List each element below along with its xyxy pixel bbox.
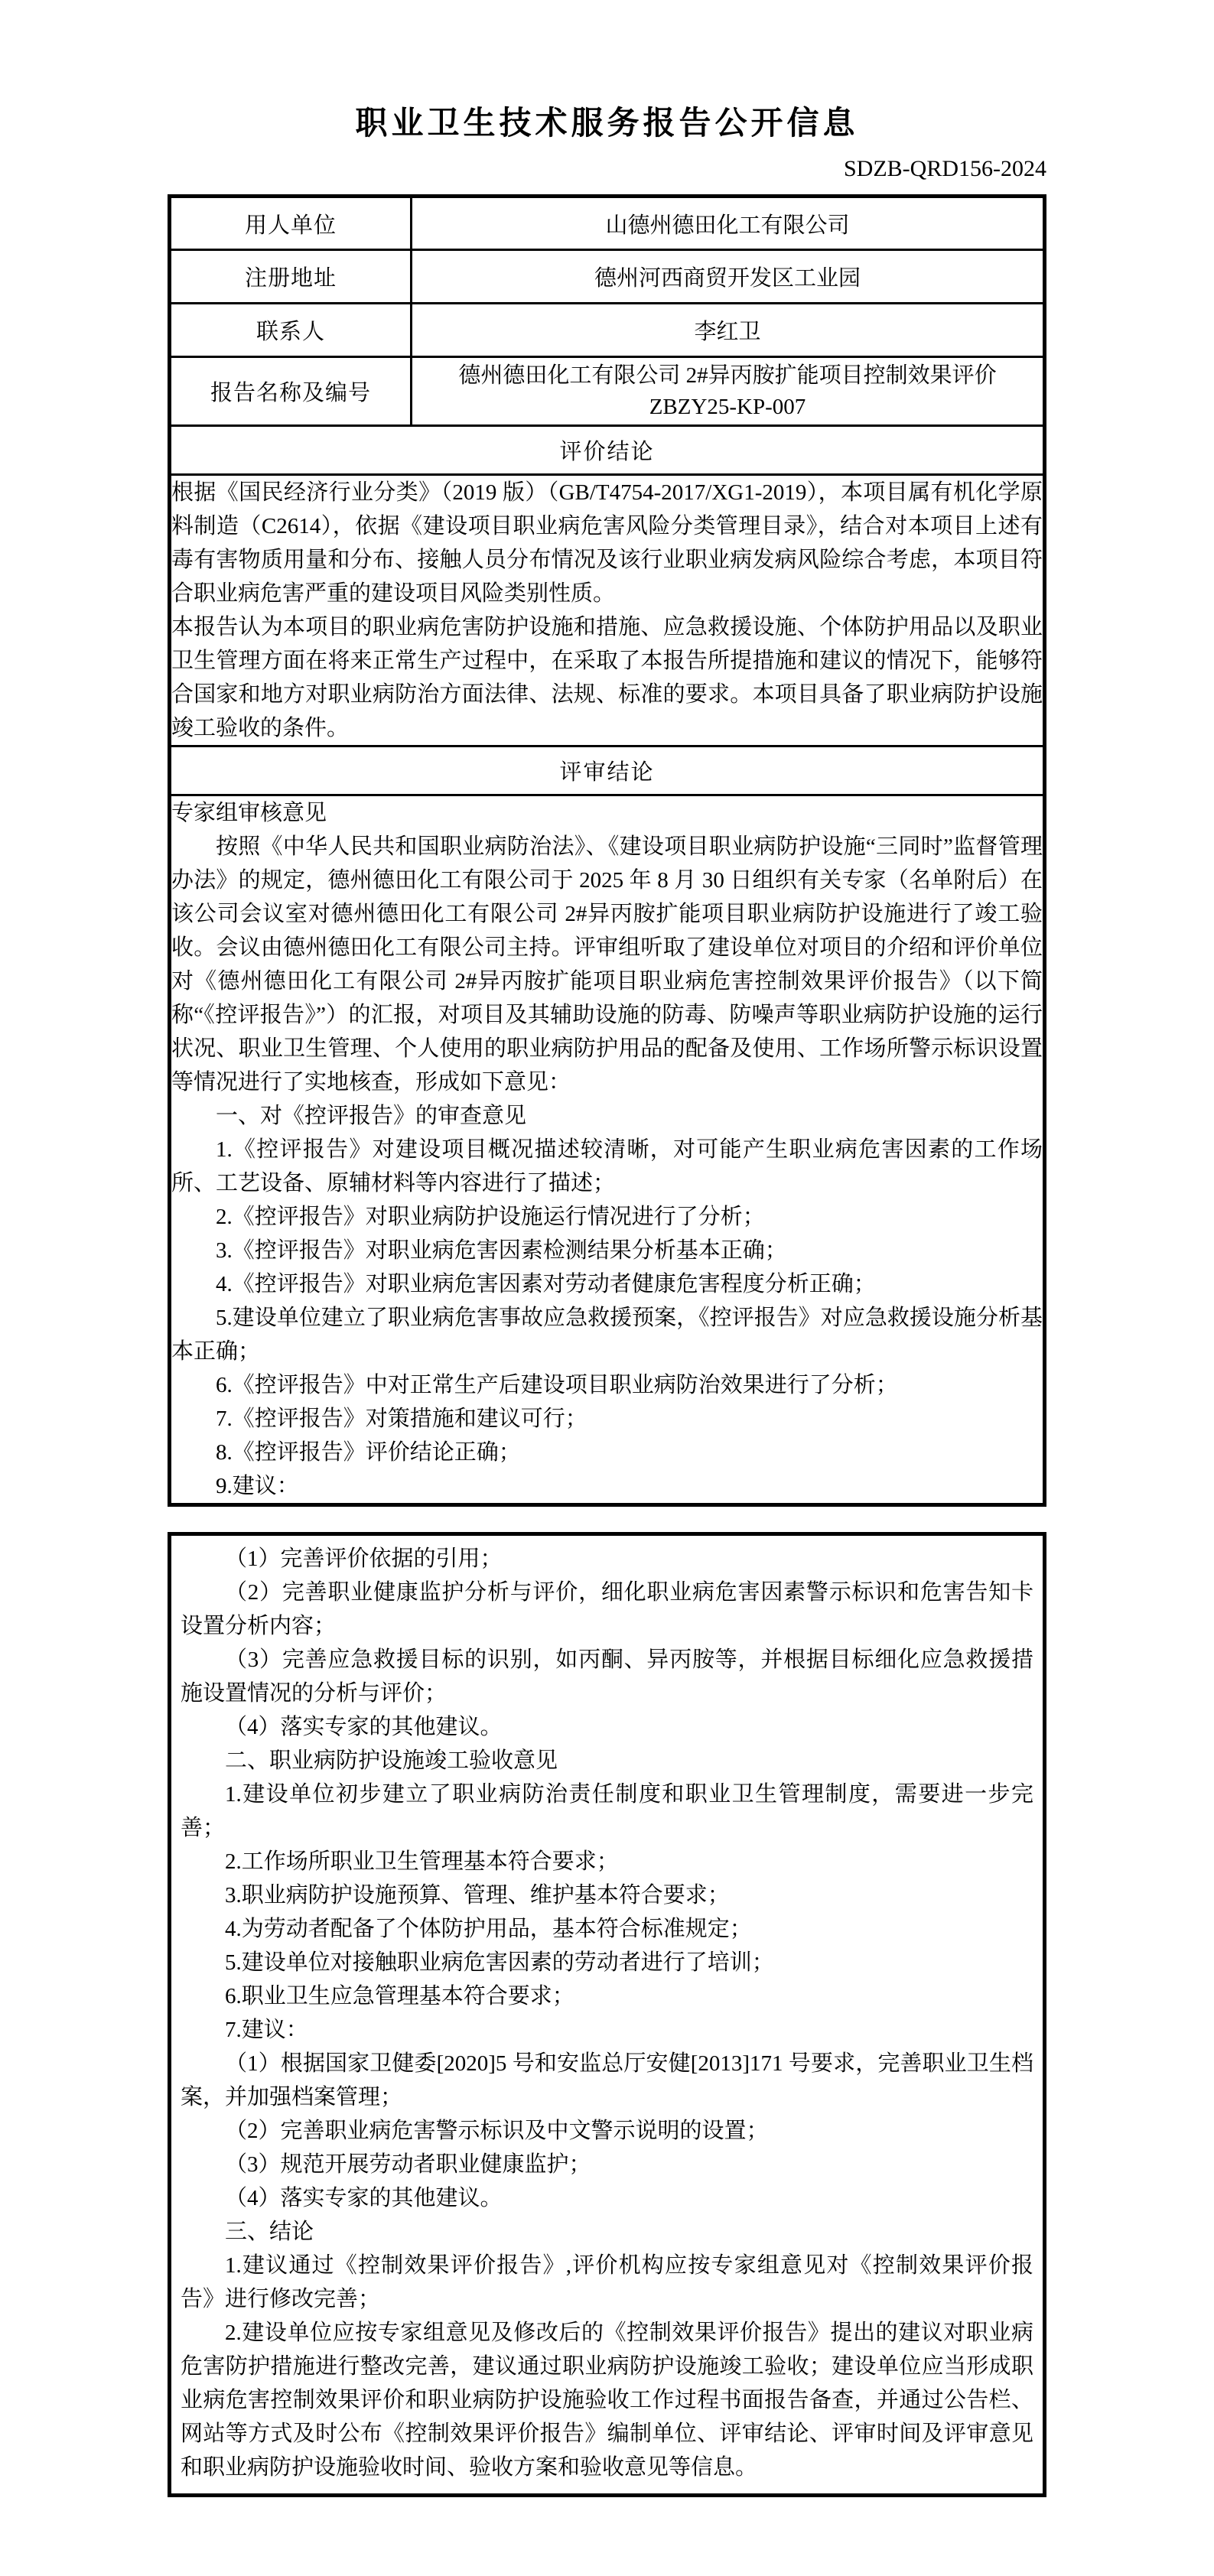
row-label-report-name: 报告名称及编号 bbox=[170, 357, 412, 426]
report-number-line: ZBZY25-KP-007 bbox=[412, 392, 1043, 423]
paragraph: 1.《控评报告》对建设项目概况描述较清晰，对可能产生职业病危害因素的工作场所、工… bbox=[171, 1133, 1043, 1200]
paragraph: 二、职业病防护设施竣工验收意见 bbox=[181, 1744, 1033, 1778]
paragraph: 8.《控评报告》评价结论正确； bbox=[171, 1436, 1043, 1469]
paragraph: 6.职业卫生应急管理基本符合要求； bbox=[181, 1979, 1033, 2013]
paragraph: （4）落实专家的其他建议。 bbox=[181, 2181, 1033, 2215]
table-row-address: 注册地址 德州河西商贸开发区工业园 bbox=[170, 250, 1045, 304]
paragraph: （3）规范开展劳动者职业健康监护； bbox=[181, 2148, 1033, 2181]
table-row-contact: 联系人 李红卫 bbox=[170, 304, 1045, 357]
document-page: 职业卫生技术服务报告公开信息 SDZB-QRD156-2024 用人单位 山德州… bbox=[0, 0, 1214, 2576]
section-header-row-evaluation: 评价结论 bbox=[170, 426, 1045, 475]
paragraph: 1.建议通过《控制效果评价报告》,评价机构应按专家组意见对《控制效果评价报告》进… bbox=[181, 2249, 1033, 2316]
table-row-report-name: 报告名称及编号 德州德田化工有限公司 2#异丙胺扩能项目控制效果评价 ZBZY2… bbox=[170, 357, 1045, 426]
paragraph: 7.建议： bbox=[181, 2013, 1033, 2047]
paragraph: 一、对《控评报告》的审查意见 bbox=[171, 1099, 1043, 1133]
paragraph: 2.《控评报告》对职业病防护设施运行情况进行了分析； bbox=[171, 1200, 1043, 1234]
paragraph: 7.《控评报告》对策措施和建议可行； bbox=[171, 1402, 1043, 1436]
paragraph: （2）完善职业健康监护分析与评价，细化职业病危害因素警示标识和危害告知卡设置分析… bbox=[181, 1576, 1033, 1643]
paragraph: 4.《控评报告》对职业病危害因素对劳动者健康危害程度分析正确； bbox=[171, 1267, 1043, 1301]
section-content-row-review: 专家组审核意见 按照《中华人民共和国职业病防治法》、《建设项目职业病防护设施“三… bbox=[170, 795, 1045, 1505]
paragraph: （2）完善职业病危害警示标识及中文警示说明的设置； bbox=[181, 2114, 1033, 2148]
paragraph: 3.《控评报告》对职业病危害因素检测结果分析基本正确； bbox=[171, 1234, 1043, 1267]
paragraph: 根据《国民经济行业分类》（2019 版）（GB/T4754-2017/XG1-2… bbox=[171, 476, 1043, 610]
paragraph: （3）完善应急救援目标的识别，如丙酮、异丙胺等，并根据目标细化应急救援措施设置情… bbox=[181, 1643, 1033, 1710]
paragraph: 9.建议： bbox=[171, 1469, 1043, 1503]
row-value-address: 德州河西商贸开发区工业园 bbox=[412, 250, 1045, 304]
row-label-address: 注册地址 bbox=[170, 250, 412, 304]
row-label-employer: 用人单位 bbox=[170, 197, 412, 250]
document-title: 职业卫生技术服务报告公开信息 bbox=[0, 0, 1214, 144]
table-row-employer: 用人单位 山德州德田化工有限公司 bbox=[170, 197, 1045, 250]
paragraph: 按照《中华人民共和国职业病防治法》、《建设项目职业病防护设施“三同时”监督管理办… bbox=[171, 830, 1043, 1099]
report-info-table: 用人单位 山德州德田化工有限公司 注册地址 德州河西商贸开发区工业园 联系人 李… bbox=[168, 194, 1046, 1507]
section-header-row-review: 评审结论 bbox=[170, 746, 1045, 795]
paragraph: 2.工作场所职业卫生管理基本符合要求； bbox=[181, 1845, 1033, 1878]
paragraph: 专家组审核意见 bbox=[171, 796, 1043, 830]
paragraph: 5.建设单位对接触职业病危害因素的劳动者进行了培训； bbox=[181, 1946, 1033, 1979]
row-value-employer: 山德州德田化工有限公司 bbox=[412, 197, 1045, 250]
paragraph: （1）完善评价依据的引用； bbox=[181, 1542, 1033, 1576]
paragraph: （4）落实专家的其他建议。 bbox=[181, 1710, 1033, 1744]
evaluation-section-header: 评价结论 bbox=[170, 426, 1045, 475]
paragraph: 本报告认为本项目的职业病危害防护设施和措施、应急救援设施、个体防护用品以及职业卫… bbox=[171, 610, 1043, 745]
section-content-row-evaluation: 根据《国民经济行业分类》（2019 版）（GB/T4754-2017/XG1-2… bbox=[170, 475, 1045, 746]
paragraph: 5.建设单位建立了职业病危害事故应急救援预案，《控评报告》对应急救援设施分析基本… bbox=[171, 1301, 1043, 1368]
row-label-contact: 联系人 bbox=[170, 304, 412, 357]
paragraph: 4.为劳动者配备了个体防护用品，基本符合标准规定； bbox=[181, 1912, 1033, 1946]
evaluation-section-content: 根据《国民经济行业分类》（2019 版）（GB/T4754-2017/XG1-2… bbox=[170, 475, 1045, 746]
paragraph: 1.建设单位初步建立了职业病防治责任制度和职业卫生管理制度，需要进一步完善； bbox=[181, 1778, 1033, 1845]
continuation-block: （1）完善评价依据的引用； （2）完善职业健康监护分析与评价，细化职业病危害因素… bbox=[168, 1532, 1046, 2497]
paragraph: 三、结论 bbox=[181, 2215, 1033, 2249]
paragraph: 3.职业病防护设施预算、管理、维护基本符合要求； bbox=[181, 1878, 1033, 1912]
paragraph: 2.建设单位应按专家组意见及修改后的《控制效果评价报告》提出的建议对职业病危害防… bbox=[181, 2316, 1033, 2484]
paragraph: （1）根据国家卫健委[2020]5 号和安监总厅安健[2013]171 号要求，… bbox=[181, 2047, 1033, 2114]
document-code: SDZB-QRD156-2024 bbox=[168, 156, 1046, 182]
report-name-line: 德州德田化工有限公司 2#异丙胺扩能项目控制效果评价 bbox=[412, 360, 1043, 392]
review-section-header: 评审结论 bbox=[170, 746, 1045, 795]
row-value-report-name: 德州德田化工有限公司 2#异丙胺扩能项目控制效果评价 ZBZY25-KP-007 bbox=[412, 357, 1045, 426]
paragraph: 6.《控评报告》中对正常生产后建设项目职业病防治效果进行了分析； bbox=[171, 1368, 1043, 1402]
row-value-contact: 李红卫 bbox=[412, 304, 1045, 357]
review-section-content: 专家组审核意见 按照《中华人民共和国职业病防治法》、《建设项目职业病防护设施“三… bbox=[170, 795, 1045, 1505]
